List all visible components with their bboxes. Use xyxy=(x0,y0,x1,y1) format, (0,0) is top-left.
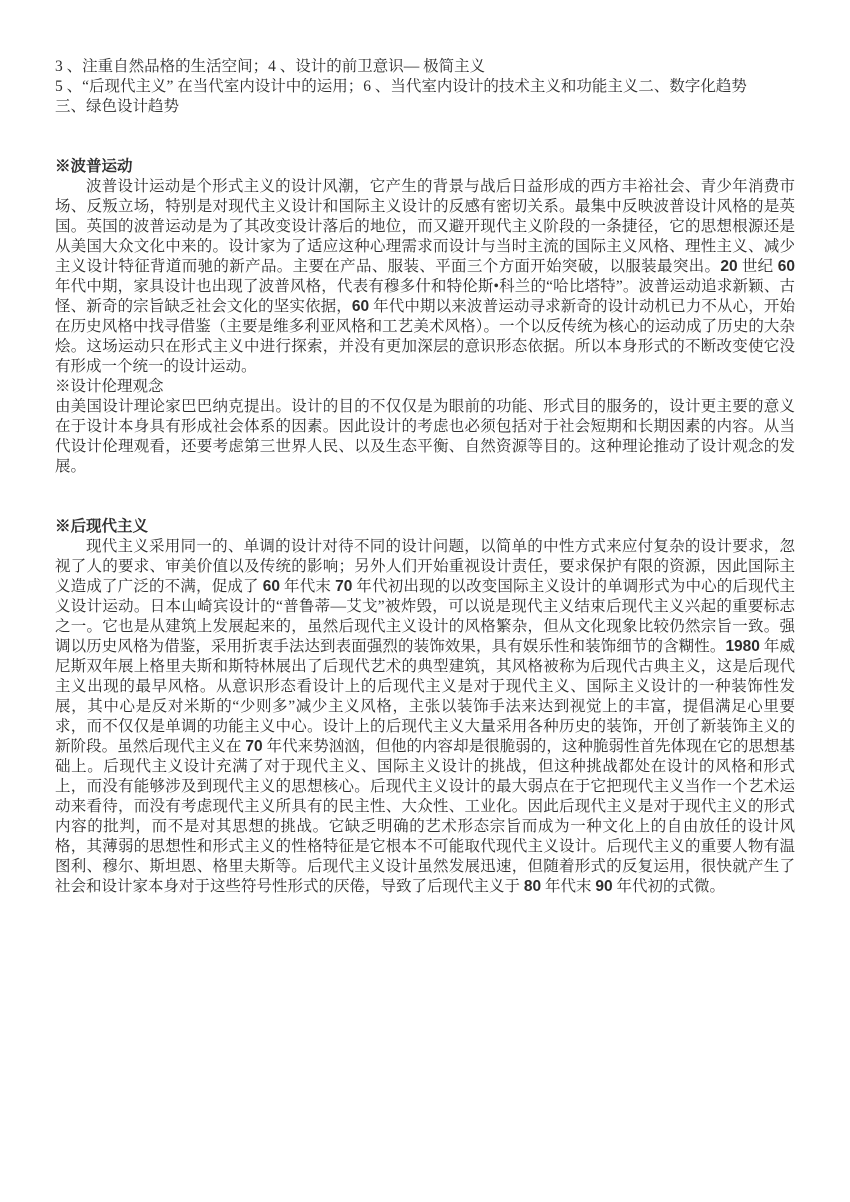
outline-list: 3 、注重自然品格的生活空间；4 、设计的前卫意识— 极简主义 5 、“后现代主… xyxy=(55,57,795,117)
section-paragraph-design-ethics: 由美国设计理论家巴巴纳克提出。设计的目的不仅仅是为眼前的功能、形式目的服务的，设… xyxy=(55,397,795,477)
outline-line-1: 3 、注重自然品格的生活空间；4 、设计的前卫意识— 极简主义 xyxy=(55,57,795,77)
section-design-ethics: ※设计伦理观念 由美国设计理论家巴巴纳克提出。设计的目的不仅仅是为眼前的功能、形… xyxy=(55,377,795,477)
section-heading-pop-movement: ※波普运动 xyxy=(55,157,795,177)
section-heading-postmodernism: ※后现代主义 xyxy=(55,517,795,537)
section-gap xyxy=(55,117,795,157)
outline-line-3: 三、绿色设计趋势 xyxy=(55,97,795,117)
document-page: 3 、注重自然品格的生活空间；4 、设计的前卫意识— 极简主义 5 、“后现代主… xyxy=(0,0,850,1202)
section-pop-movement: ※波普运动 波普设计运动是个形式主义的设计风潮，它产生的背景与战后日益形成的西方… xyxy=(55,157,795,377)
section-paragraph-pop-movement: 波普设计运动是个形式主义的设计风潮，它产生的背景与战后日益形成的西方丰裕社会、青… xyxy=(55,177,795,377)
outline-line-2: 5 、“后现代主义” 在当代室内设计中的运用；6 、当代室内设计的技术主义和功能… xyxy=(55,77,795,97)
section-heading-design-ethics: ※设计伦理观念 xyxy=(55,377,795,397)
section-paragraph-postmodernism: 现代主义采用同一的、单调的设计对待不同的设计问题，以简单的中性方式来应付复杂的设… xyxy=(55,537,795,897)
section-gap xyxy=(55,477,795,517)
section-postmodernism: ※后现代主义 现代主义采用同一的、单调的设计对待不同的设计问题，以简单的中性方式… xyxy=(55,517,795,897)
